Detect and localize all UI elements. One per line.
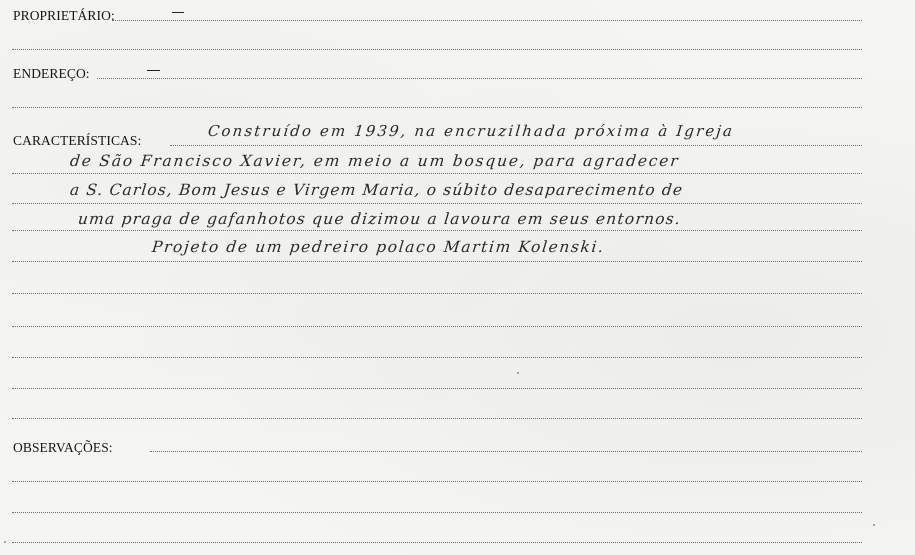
characteristics-line-10[interactable] (12, 418, 862, 419)
handwritten-line-5: Projeto de um pedreiro polaco Martim Kol… (151, 238, 606, 256)
address-line[interactable] (97, 78, 862, 79)
characteristics-line-9[interactable] (12, 388, 862, 389)
handwritten-line-4: uma praga de gafanhotos que dizimou a la… (77, 210, 682, 228)
characteristics-line-3[interactable] (12, 203, 862, 204)
address-label: ENDEREÇO: (13, 66, 90, 82)
observations-line-4[interactable] (12, 542, 862, 543)
owner-value-dash (172, 12, 184, 13)
handwritten-line-2: de São Francisco Xavier, em meio a um bo… (69, 152, 680, 170)
characteristics-line-1[interactable] (170, 145, 862, 146)
observations-line-2[interactable] (12, 481, 862, 482)
owner-line[interactable] (112, 20, 862, 21)
scan-speck (517, 372, 519, 374)
characteristics-line-4[interactable] (12, 230, 862, 231)
characteristics-line-2[interactable] (12, 173, 862, 174)
scan-speck (4, 541, 6, 543)
document-page: PROPRIETÁRIO: ENDEREÇO: CARACTERÍSTICAS:… (0, 0, 915, 555)
characteristics-line-5[interactable] (12, 261, 862, 262)
scan-speck (873, 524, 875, 526)
characteristics-line-7[interactable] (12, 326, 862, 327)
address-value-dash (147, 70, 160, 71)
observations-line-1[interactable] (150, 451, 862, 452)
observations-line-3[interactable] (12, 512, 862, 513)
handwritten-line-3: a S. Carlos, Bom Jesus e Virgem Maria, o… (69, 181, 684, 199)
characteristics-line-6[interactable] (12, 293, 862, 294)
handwritten-line-1: Construído em 1939, na encruzilhada próx… (207, 122, 735, 140)
owner-line-2[interactable] (12, 49, 862, 50)
owner-label: PROPRIETÁRIO: (13, 8, 115, 24)
observations-label: OBSERVAÇÕES: (13, 440, 113, 456)
characteristics-line-8[interactable] (12, 357, 862, 358)
characteristics-label: CARACTERÍSTICAS: (13, 133, 141, 149)
address-line-2[interactable] (12, 107, 862, 108)
